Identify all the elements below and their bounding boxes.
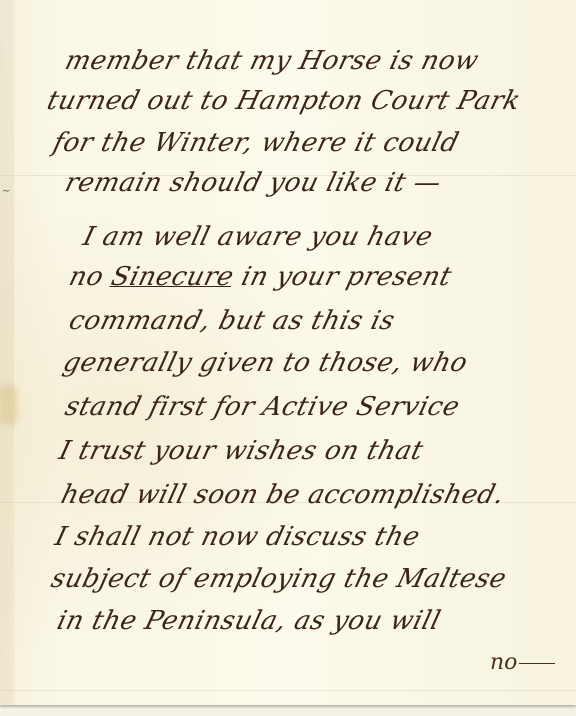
letter-line-6-text: no Sinecure in your present [66, 262, 455, 292]
letter-line-10: I trust your wishes on that [56, 436, 426, 466]
letter-line-13: subject of employing the Maltese [48, 564, 510, 594]
letter-line-6: no Sinecure in your present [66, 262, 455, 292]
letter-line-5: I am well aware you have [80, 222, 436, 252]
letter-line-12: I shall not now discuss the [52, 522, 423, 552]
letter-line-2: turned out to Hampton Court Park [44, 86, 524, 116]
margin-mark: ~ [2, 186, 10, 197]
letter-line-14: in the Peninsula, as you will [54, 606, 444, 636]
letter-page: ~ member that my Horse is now turned out… [0, 0, 576, 705]
letter-line-3: for the Winter, where it could [50, 128, 462, 158]
fold-line [0, 690, 576, 691]
letter-line-7: command, but as this is [66, 306, 398, 336]
letter-line-9: stand first for Active Service [62, 392, 463, 422]
underlined-word: Sinecure [108, 262, 237, 292]
letter-line-1: member that my Horse is now [62, 46, 482, 76]
letter-line-4: remain should you like it — [62, 168, 444, 198]
letter-line-8: generally given to those, who [60, 348, 471, 378]
paper-stain [0, 385, 18, 425]
catchword: no [490, 650, 555, 675]
letter-line-11: head will soon be accomplished. [58, 480, 508, 510]
